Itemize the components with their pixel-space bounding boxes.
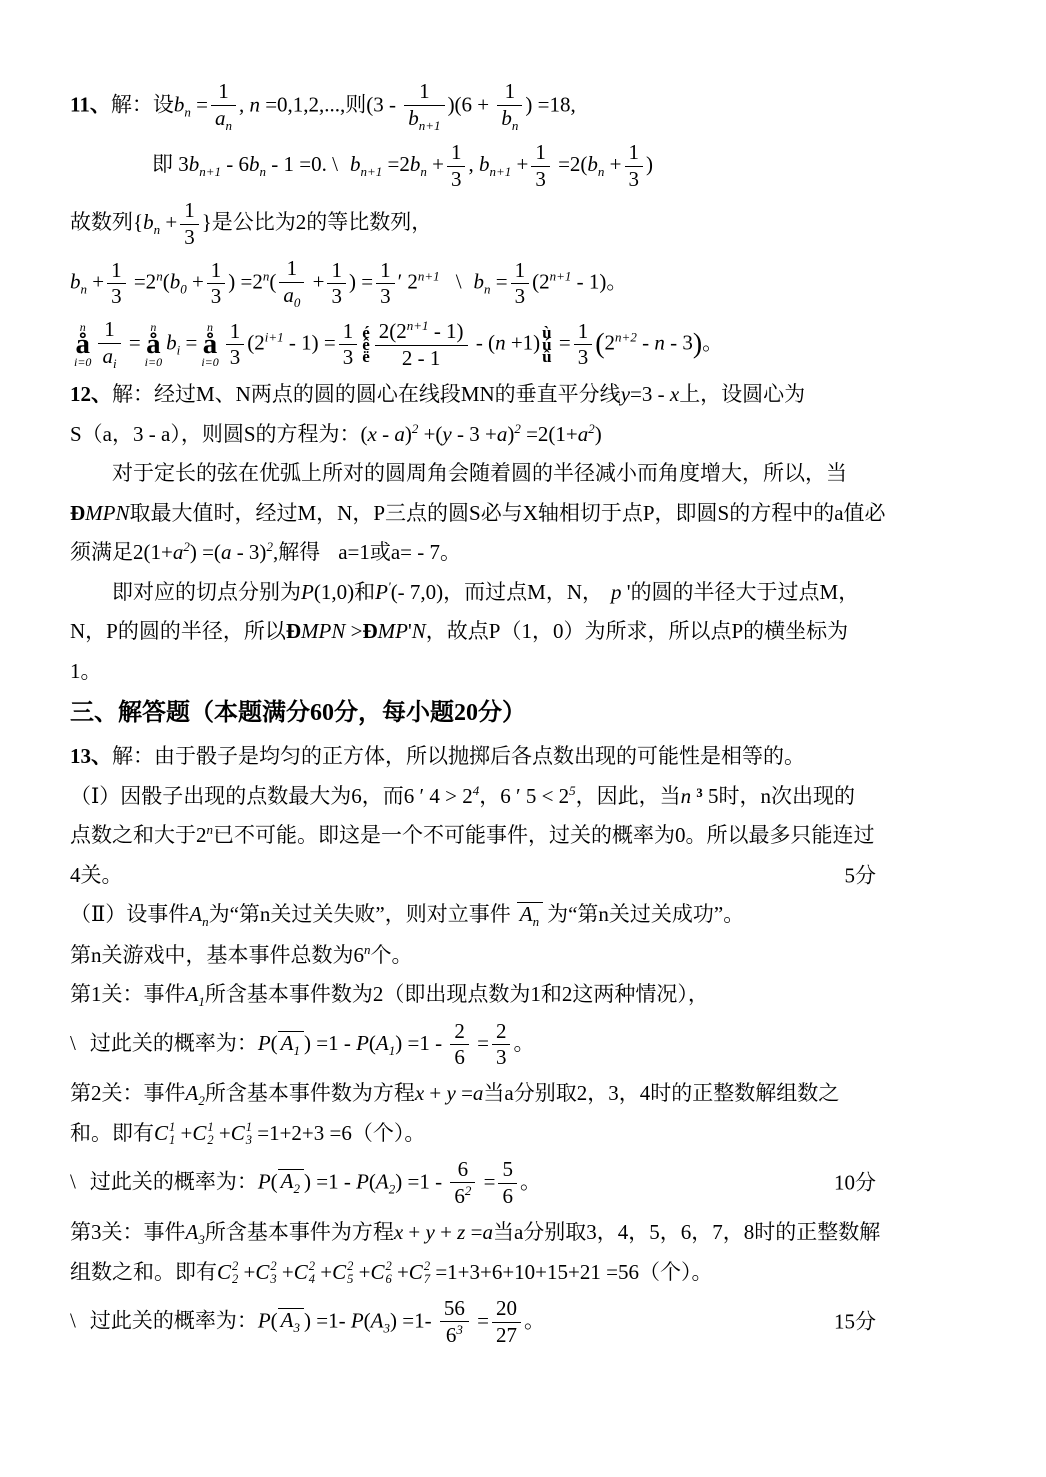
math-roman: 1 xyxy=(578,319,589,343)
sum-lower-limit: i=0 xyxy=(74,356,91,369)
math-roman: - 3 xyxy=(665,331,693,355)
math-roman: (1,0) xyxy=(314,580,354,604)
math-roman: =2(1+ xyxy=(521,422,578,446)
math-roman: + xyxy=(214,1121,231,1145)
cjk-text: （个）。 xyxy=(352,1121,426,1145)
math-italic: b xyxy=(189,152,200,176)
fraction-numerator: 1 xyxy=(327,259,346,285)
math-italic: b xyxy=(170,269,181,293)
fraction-denominator: 3 xyxy=(511,284,530,309)
math-roman: - 1) = xyxy=(284,331,336,355)
math-roman: - 1 =0. xyxy=(266,152,332,176)
subscript: n+1 xyxy=(489,164,511,179)
fraction-denominator: 3 xyxy=(107,284,126,309)
cjk-text: （个）。 xyxy=(639,1260,713,1284)
math-fraction: 13 xyxy=(327,259,346,309)
cjk-text: 或 xyxy=(370,540,391,564)
cjk-text: 解：经过M、N两点的圆的圆心在线段MN的垂直平分线 xyxy=(112,382,621,406)
math-italic: A xyxy=(186,1220,199,1244)
event-subscript: n xyxy=(533,914,540,929)
cjk-text: 时，n次出现的 xyxy=(718,784,855,808)
subscript: n+1 xyxy=(360,164,382,179)
math-fraction: 56 xyxy=(498,1158,517,1208)
cjk-text-bold: 13、 xyxy=(70,744,112,768)
cjk-text: ，故点P（1，0）为所求，所以点P的横坐标为 xyxy=(426,619,848,643)
math-italic: A xyxy=(371,1308,384,1332)
q11-summation: nåi=01ai =nåi=0bi =nåi=013(2i+1 - 1) =13… xyxy=(70,318,976,371)
math-italic: b xyxy=(479,152,490,176)
fraction-numerator: 1 xyxy=(226,320,245,346)
math-roman: 3 xyxy=(451,167,462,191)
subscript: n+1 xyxy=(419,118,441,133)
math-roman: 1 xyxy=(230,319,241,343)
cjk-text: 点数之和大于 xyxy=(70,823,196,847)
math-italic: N xyxy=(412,619,426,643)
math-roman: \ xyxy=(70,1308,76,1332)
math-italic: b xyxy=(408,106,419,130)
fraction-denominator: 2 - 1 xyxy=(375,346,468,371)
math-fraction: 13 xyxy=(180,199,199,249)
math-roman: 1 xyxy=(70,659,81,683)
fraction-denominator: 3 xyxy=(339,345,358,370)
math-roman: 6 xyxy=(458,1157,469,1181)
fraction-denominator: 63 xyxy=(440,1322,469,1348)
math-roman: 5 xyxy=(708,784,719,808)
math-italic: MP xyxy=(378,619,408,643)
event-subscript: 2 xyxy=(294,1181,301,1196)
fraction-numerator: 1 xyxy=(376,259,395,285)
summation-sign: nåi=0 xyxy=(74,321,91,369)
q13-level1-probability: \过此关的概率为：P(A1) =1 - P(A1) =1 - 26 =23。 xyxy=(70,1020,976,1070)
math-roman: + xyxy=(87,269,104,293)
math-roman: ) =18, xyxy=(525,92,575,116)
cjk-text-bold: 11、 xyxy=(70,92,111,116)
combination-letter: C xyxy=(217,1257,231,1289)
fraction-numerator: 1 xyxy=(98,318,120,344)
q12-conclusion: N，P的圆的半径，所以ÐMPN >ÐMP'N，故点P（1，0）为所求，所以点P的… xyxy=(70,616,976,648)
math-roman: - xyxy=(637,331,655,355)
math-roman: (2 xyxy=(247,331,265,355)
math-italic: a xyxy=(394,422,405,446)
math-roman: 1 xyxy=(218,79,229,103)
math-italic: x xyxy=(670,382,679,406)
math-italic: a xyxy=(215,106,226,130)
fraction-denominator: 3 xyxy=(207,284,226,309)
subscript: n+1 xyxy=(199,164,221,179)
score-mark: 15分 xyxy=(834,1307,876,1339)
fraction-denominator: bn xyxy=(497,106,522,134)
math-fraction: 662 xyxy=(450,1158,475,1209)
summation-sign: nåi=0 xyxy=(201,321,218,369)
fraction-denominator: a0 xyxy=(279,283,304,311)
math-roman: = xyxy=(191,92,208,116)
q12-solve-a: 须满足2(1+a2) =(a - 3)2,解得a=1或a= - 7。 xyxy=(70,537,976,569)
overbar: A1 xyxy=(278,1031,304,1057)
math-roman: + xyxy=(238,1260,255,1284)
fraction-numerator: 56 xyxy=(440,1297,469,1323)
overbar: A3 xyxy=(278,1308,304,1334)
cjk-text: 取最大值时，经过M，N，P三点的圆S必与X轴相切于点P，即圆S的方程中的a值必 xyxy=(130,501,886,525)
subscript: n xyxy=(512,118,519,133)
fraction-numerator: 1 xyxy=(339,320,358,346)
math-roman: 2(2 xyxy=(379,319,407,343)
math-roman: 2 xyxy=(454,1019,465,1043)
cjk-text: 已不可能。即这是一个不可能事件，过关的概率为0。所以最多只能连过 xyxy=(213,823,875,847)
cjk-text: 是公比为2的等比数列， xyxy=(212,210,433,234)
math-roman: > xyxy=(345,619,362,643)
fraction-denominator: an xyxy=(211,106,236,134)
fraction-denominator: 3 xyxy=(226,345,245,370)
math-roman: =1+3+6+10+15+21 =56 xyxy=(430,1260,639,1284)
math-italic: a xyxy=(497,422,508,446)
math-roman: ) =1- xyxy=(304,1308,351,1332)
math-roman: - xyxy=(377,422,395,446)
math-roman: = xyxy=(478,1169,495,1193)
q12-tangent-points: 即对应的切点分别为P(1,0)和P'(- 7,0)，而过点M，N，p '的圆的半… xyxy=(70,577,976,609)
cjk-text: 则 xyxy=(345,92,366,116)
math-roman: ( xyxy=(361,422,368,446)
math-roman: + xyxy=(353,1260,370,1284)
math-italic: b xyxy=(410,152,421,176)
cjk-text: 解：由于骰子是均匀的正方体，所以抛掷后各点数出现的可能性是相等的。 xyxy=(112,744,805,768)
math-roman: 2 xyxy=(496,1019,507,1043)
overbar-event: A2 xyxy=(278,1166,304,1198)
section-three-heading: 三、解答题（本题满分60分，每小题20分） xyxy=(70,695,976,731)
math-italic: b xyxy=(166,331,177,355)
cjk-text: 为“第n关过关成功”。 xyxy=(547,902,744,926)
symbol-glyph: Ð xyxy=(70,501,85,525)
math-italic: A xyxy=(186,982,199,1006)
math-roman: 1 xyxy=(505,79,516,103)
math-fraction: 13 xyxy=(447,141,466,191)
symbol-glyph: ³ xyxy=(691,784,708,808)
cjk-text: ， xyxy=(479,784,500,808)
math-roman: ) =1 - xyxy=(395,1031,447,1055)
math-roman: , xyxy=(468,152,479,176)
math-italic: b xyxy=(249,152,260,176)
math-roman: - 1) xyxy=(429,319,464,343)
combination-symbol: C24 xyxy=(294,1257,315,1289)
cjk-text: ，而过点M，N， xyxy=(443,580,603,604)
math-roman: ) = xyxy=(349,269,373,293)
combination-symbol: C12 xyxy=(192,1118,213,1150)
math-roman: =2 xyxy=(382,152,410,176)
math-italic: p xyxy=(611,580,622,604)
math-italic: b xyxy=(143,210,154,234)
math-roman: 2 xyxy=(196,823,207,847)
math-roman: ( xyxy=(269,269,276,293)
cjk-text: 过此关的概率为： xyxy=(90,1169,258,1193)
math-roman: 3 xyxy=(578,345,589,369)
event-letter: A xyxy=(281,1031,294,1055)
math-fraction: 2027 xyxy=(492,1297,521,1347)
cjk-text: （Ⅱ）设事件 xyxy=(70,902,189,926)
math-roman: +1) xyxy=(506,331,541,355)
fraction-denominator: 3 xyxy=(574,345,593,370)
math-roman: 3 xyxy=(629,167,640,191)
math-roman: ) =2 xyxy=(228,269,263,293)
math-roman: 6 xyxy=(354,943,365,967)
cjk-text: 4关。 xyxy=(70,863,123,887)
math-roman: ) =1 - xyxy=(304,1169,356,1193)
math-roman: 1 xyxy=(287,256,298,280)
cjk-text: 所含基本事件数为方程 xyxy=(205,1081,415,1105)
symbol-glyph: Ð xyxy=(286,619,301,643)
math-italic: y xyxy=(426,1220,435,1244)
math-roman: 1 xyxy=(451,140,462,164)
math-roman: 1 xyxy=(211,258,222,282)
bracket-glyph: û xyxy=(542,351,551,363)
math-roman: + xyxy=(604,152,621,176)
math-roman: 1 xyxy=(629,140,640,164)
cjk-text: 和 xyxy=(354,580,375,604)
math-roman: 1 xyxy=(419,79,430,103)
math-roman: 6 xyxy=(446,1323,457,1347)
math-roman: 3 xyxy=(515,284,526,308)
math-roman: =0,1,2,..., xyxy=(260,92,345,116)
q13-part1-answer: 4关。5分 xyxy=(70,860,976,892)
math-italic: A xyxy=(376,1031,389,1055)
fraction-numerator: 1 xyxy=(107,259,126,285)
cjk-text: 过此关的概率为： xyxy=(90,1031,258,1055)
cjk-text: 即对应的切点分别为 xyxy=(112,580,301,604)
bracket-glyph: ë xyxy=(362,351,370,363)
math-italic: P xyxy=(258,1308,271,1332)
fraction-numerator: 2 xyxy=(450,1020,469,1046)
cjk-text: 对于定长的弦在优弧上所对的圆周角会随着圆的半径减小而角度增大，所以，当 xyxy=(112,461,847,485)
math-roman: ′ 2 xyxy=(398,269,418,293)
fraction-denominator: 6 xyxy=(498,1184,517,1209)
cjk-text: ，因此，当 xyxy=(576,784,681,808)
math-roman: 6 xyxy=(454,1045,465,1069)
symbol-glyph: Ð xyxy=(362,619,377,643)
math-italic: a xyxy=(578,422,589,446)
cjk-text: 当a分别取3，4，5，6，7，8时的正整数解 xyxy=(493,1220,880,1244)
math-roman: 1 xyxy=(380,258,391,282)
math-roman: (2 xyxy=(532,269,550,293)
math-roman: \ xyxy=(332,152,338,176)
math-roman: ( xyxy=(271,1169,278,1193)
math-roman: - 3) xyxy=(231,540,266,564)
math-roman: + xyxy=(392,1260,409,1284)
event-letter: A xyxy=(281,1169,294,1193)
math-fraction: 13 xyxy=(511,259,530,309)
math-roman: 6 xyxy=(502,1184,513,1208)
math-fraction: 13 xyxy=(625,141,644,191)
cjk-text: S（a，3 - a），则圆S的方程为： xyxy=(70,422,361,446)
cjk-text: 解：设 xyxy=(111,92,174,116)
sum-sigma-glyph: å xyxy=(203,333,218,356)
math-roman: ) xyxy=(595,422,602,446)
math-italic: y xyxy=(442,422,451,446)
q13-part1-impossible: 点数之和大于2n已不可能。即这是一个不可能事件，过关的概率为0。所以最多只能连过 xyxy=(70,820,976,852)
fraction-denominator: 62 xyxy=(450,1183,475,1209)
fraction-numerator: 20 xyxy=(492,1297,521,1323)
overbar: A2 xyxy=(278,1169,304,1195)
fraction-denominator: ai xyxy=(98,344,120,372)
math-roman: 1 xyxy=(343,319,354,343)
superscript: n+1 xyxy=(550,268,572,283)
math-roman: 3 xyxy=(184,225,195,249)
math-roman: + xyxy=(160,210,177,234)
q13-level2-count: 和。即有C11 +C12 +C13 =1+2+3 =6（个）。 xyxy=(70,1118,976,1150)
math-roman: 。 xyxy=(520,1169,541,1193)
cjk-text: 第n关游戏中，基本事件总数为 xyxy=(70,943,354,967)
math-italic: b xyxy=(174,92,185,116)
math-italic: b xyxy=(70,269,81,293)
math-roman: (- 7,0) xyxy=(391,580,443,604)
fraction-denominator: 3 xyxy=(447,167,466,192)
big-paren: ) xyxy=(693,329,702,360)
math-roman: 1 xyxy=(331,258,342,282)
math-fraction: 1bn xyxy=(497,80,522,133)
math-roman: ) xyxy=(646,152,653,176)
math-roman: ) =( xyxy=(190,540,221,564)
math-roman: 6 ′ 5 < 2 xyxy=(500,784,569,808)
math-roman: - 1)。 xyxy=(571,269,627,293)
q13-level3-count: 组数之和。即有C22 +C23 +C24 +C25 +C26 +C27 =1+3… xyxy=(70,1257,976,1289)
math-italic: b xyxy=(474,269,485,293)
math-roman: 2 xyxy=(605,331,616,355)
math-italic: P xyxy=(375,580,388,604)
q11-recurrence: 即 3bn+1 - 6bn - 1 =0. \bn+1 =2bn +13, bn… xyxy=(70,141,976,191)
math-roman: +( xyxy=(418,422,442,446)
math-roman: ) xyxy=(405,422,412,446)
superscript: 3 xyxy=(456,1322,463,1337)
superscript: i+1 xyxy=(265,330,284,345)
math-italic: MPN xyxy=(301,619,345,643)
combination-symbol: C22 xyxy=(217,1257,238,1289)
math-fraction: 13 xyxy=(207,259,226,309)
fraction-denominator: 3 xyxy=(376,284,395,309)
cjk-text: 过此关的概率为： xyxy=(90,1308,258,1332)
cjk-text: 和。即有 xyxy=(70,1121,154,1145)
subscript: 0 xyxy=(294,295,301,310)
math-italic: a xyxy=(482,1220,493,1244)
math-roman: 2 - 1 xyxy=(402,346,441,370)
combination-letter: C xyxy=(370,1257,384,1289)
math-italic: a xyxy=(283,283,294,307)
bracket-stack: ùúû xyxy=(542,327,551,362)
math-italic: a xyxy=(221,540,232,564)
math-roman: 1 xyxy=(104,317,115,341)
q11-general-term: bn +13 =2n(b0 +13) =2n(1a0 +13) =13′ 2n+… xyxy=(70,257,976,310)
q13-level2-probability: \过此关的概率为：P(A2) =1 - P(A2) =1 - 662 =56。1… xyxy=(70,1158,976,1209)
math-italic: P xyxy=(258,1169,271,1193)
math-roman: + xyxy=(307,269,324,293)
cjk-text: 所含基本事件数为2（即出现点数为1和2这两种情况）， xyxy=(205,982,709,1006)
q11-intro: 11、解：设bn =1an, n =0,1,2,...,则(3 - 1bn+1)… xyxy=(70,80,976,133)
math-roman: + xyxy=(403,1220,425,1244)
math-roman: + xyxy=(175,1121,192,1145)
math-fraction: 13 xyxy=(376,259,395,309)
cjk-text: 组数之和。即有 xyxy=(70,1260,217,1284)
math-roman: 3 xyxy=(230,345,241,369)
fraction-denominator: bn+1 xyxy=(404,106,444,134)
superscript: n+1 xyxy=(418,268,440,283)
math-fraction: 1ai xyxy=(98,318,120,371)
document-page: 11、解：设bn =1an, n =0,1,2,...,则(3 - 1bn+1)… xyxy=(0,0,1046,1477)
math-roman: + xyxy=(435,1220,457,1244)
fraction-numerator: 1 xyxy=(531,141,550,167)
math-roman: = xyxy=(472,1308,489,1332)
fraction-numerator: 1 xyxy=(207,259,226,285)
q13-part1-bound: （Ⅰ）因骰子出现的点数最大为6，而6 ′ 4 > 24，6 ′ 5 < 25，因… xyxy=(70,781,976,813)
math-fraction: 13 xyxy=(339,320,358,370)
math-italic: x xyxy=(394,1220,403,1244)
subscript: i xyxy=(113,356,117,371)
bracket-stack: éêë xyxy=(362,327,370,362)
subscript: n xyxy=(225,118,232,133)
math-roman: \ xyxy=(456,269,462,293)
sum-sigma-glyph: å xyxy=(146,333,161,356)
fraction-numerator: 1 xyxy=(447,141,466,167)
cjk-text: 第2关：事件 xyxy=(70,1081,186,1105)
cjk-text: （Ⅰ）因骰子出现的点数最大为6，而 xyxy=(70,784,404,808)
math-roman: = xyxy=(465,1220,482,1244)
math-roman: 5 xyxy=(502,1157,513,1181)
math-roman: 56 xyxy=(444,1296,465,1320)
math-fraction: 13 xyxy=(531,141,550,191)
cjk-text: 所含基本事件为方程 xyxy=(205,1220,394,1244)
math-roman: 1 xyxy=(111,258,122,282)
math-italic: P xyxy=(356,1169,369,1193)
math-italic: a xyxy=(173,540,184,564)
math-italic: A xyxy=(376,1169,389,1193)
math-roman: = xyxy=(472,1031,489,1055)
math-italic: x xyxy=(415,1081,424,1105)
math-roman: = xyxy=(180,331,197,355)
math-roman: =1+2+3 =6 xyxy=(252,1121,352,1145)
math-roman: 。 xyxy=(524,1308,545,1332)
math-roman: ( xyxy=(364,1308,371,1332)
math-italic: P xyxy=(258,1031,271,1055)
fraction-denominator: 3 xyxy=(492,1045,511,1070)
cjk-text: 三、解答题（本题满分60分，每小题20分） xyxy=(70,700,526,726)
math-roman: =2( xyxy=(553,152,588,176)
math-roman: ) =1 - xyxy=(395,1169,447,1193)
event-letter: A xyxy=(281,1308,294,1332)
math-roman: 3 xyxy=(178,152,189,176)
math-fraction: 1bn+1 xyxy=(404,80,444,133)
math-roman: + xyxy=(424,1081,446,1105)
q12-answer: 1。 xyxy=(70,656,976,688)
fraction-numerator: 1 xyxy=(625,141,644,167)
math-roman: 3 xyxy=(211,284,222,308)
sum-sigma-glyph: å xyxy=(75,333,90,356)
combination-letter: C xyxy=(192,1118,206,1150)
math-roman: 3 xyxy=(380,284,391,308)
fraction-numerator: 5 xyxy=(498,1158,517,1184)
fraction-numerator: 1 xyxy=(211,80,236,106)
combination-letter: C xyxy=(332,1257,346,1289)
cjk-text: 。 xyxy=(81,659,102,683)
fraction-numerator: 1 xyxy=(279,257,304,283)
math-roman: =3 - xyxy=(630,382,670,406)
overbar: An xyxy=(517,902,543,928)
fraction-numerator: 1 xyxy=(511,259,530,285)
math-roman: a= - 7 xyxy=(391,540,440,564)
math-roman: = xyxy=(491,269,508,293)
math-italic: MPN xyxy=(85,501,129,525)
combination-letter: C xyxy=(409,1257,423,1289)
cjk-text: 。 xyxy=(440,540,461,564)
cjk-text: 个。 xyxy=(371,943,413,967)
math-roman: { xyxy=(133,210,143,234)
math-roman: 2(1+ xyxy=(133,540,173,564)
fraction-numerator: 2 xyxy=(492,1020,511,1046)
math-italic: n xyxy=(681,784,692,808)
